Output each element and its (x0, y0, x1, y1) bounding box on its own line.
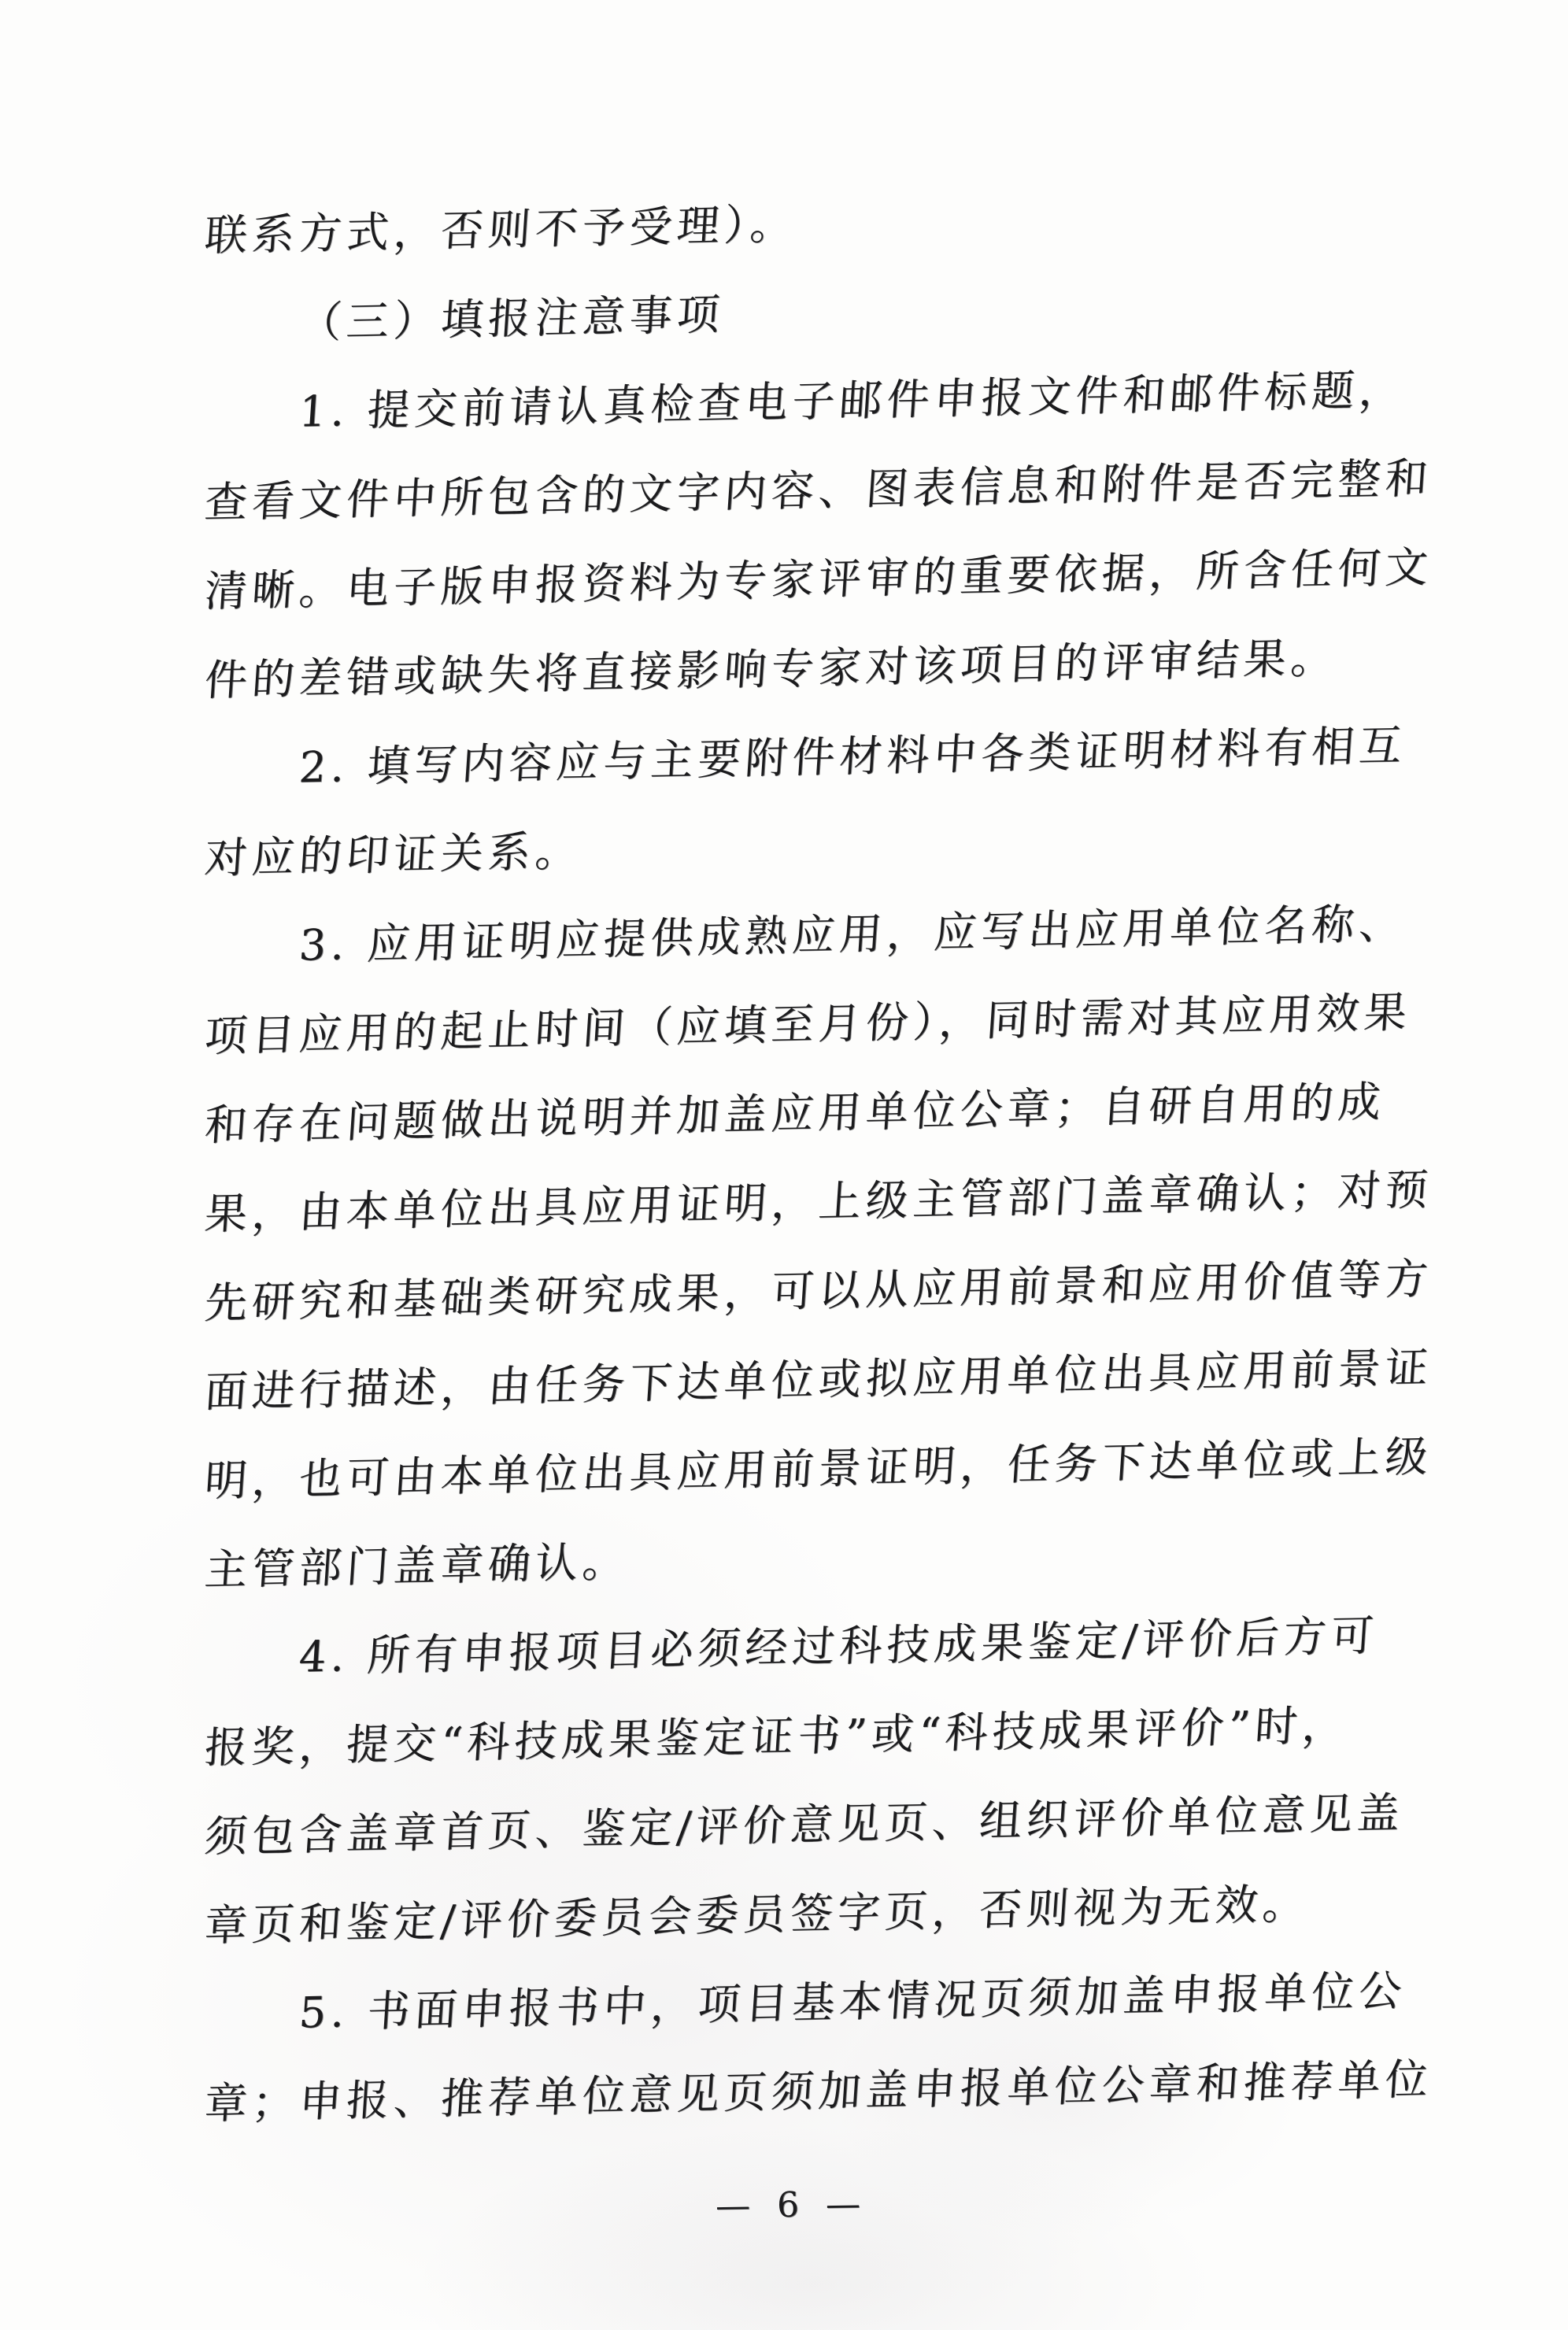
document-page: 联系方式，否则不予受理）。（三）填报注意事项1. 提交前请认真检查电子邮件申报文… (0, 0, 1568, 2330)
document-body: 联系方式，否则不予受理）。（三）填报注意事项1. 提交前请认真检查电子邮件申报文… (205, 191, 1440, 2148)
page-number: — 6 — (8, 2171, 1568, 2240)
